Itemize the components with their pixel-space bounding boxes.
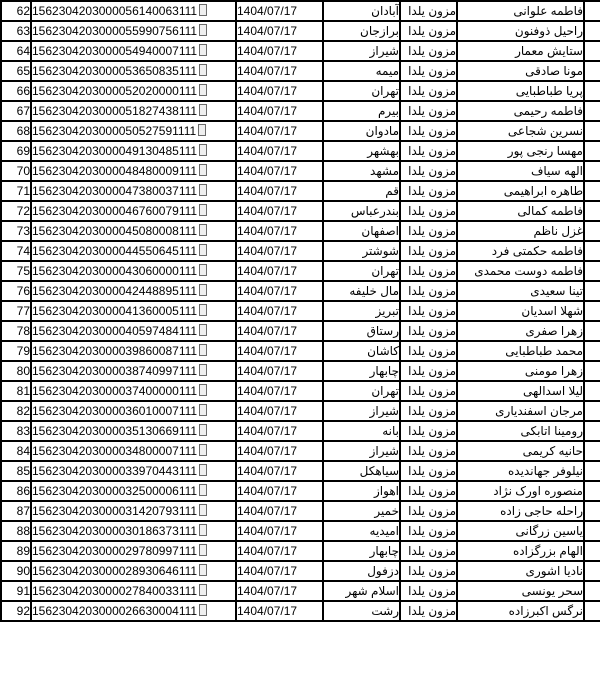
vendor-cell: مزون یلدا xyxy=(400,281,457,301)
tracking-code-cell: 1562304203000053650835111 xyxy=(31,61,236,81)
date-cell: 1404/07/17 xyxy=(236,521,323,541)
tracking-code-cell: 1562304203000048480009111 xyxy=(31,161,236,181)
vendor-value: مزون یلدا xyxy=(408,384,456,398)
table-row: 86 1562304203000032500006111 1404/07/17 … xyxy=(1,481,600,501)
row-index-cell: 92 xyxy=(1,601,31,621)
row-index: 73 xyxy=(17,224,30,238)
date-value: 1404/07/17 xyxy=(237,544,297,558)
customer-name: الهه سیاف xyxy=(531,164,583,178)
report-table-view: 62 1562304203000056140063111 1404/07/17 … xyxy=(0,0,600,689)
date-cell: 1404/07/17 xyxy=(236,361,323,381)
table-row: 88 1562304203000030186373111 1404/07/17 … xyxy=(1,521,600,541)
missing-glyph-box xyxy=(199,204,207,216)
row-index: 92 xyxy=(17,604,30,618)
row-index: 75 xyxy=(17,264,30,278)
customer-name: فاطمه علوانی xyxy=(513,4,583,18)
row-index-cell: 68 xyxy=(1,121,31,141)
row-index: 70 xyxy=(17,164,30,178)
missing-glyph-box xyxy=(199,44,207,56)
missing-glyph-box xyxy=(199,84,207,96)
date-cell: 1404/07/17 xyxy=(236,41,323,61)
empty-cell xyxy=(584,1,600,21)
city-cell: بیرم xyxy=(323,101,400,121)
vendor-value: مزون یلدا xyxy=(408,424,456,438)
row-index-cell: 73 xyxy=(1,221,31,241)
customer-name-cell: الهه سیاف xyxy=(457,161,584,181)
table-row: 92 1562304203000026630004111 1404/07/17 … xyxy=(1,601,600,621)
vendor-value: مزون یلدا xyxy=(408,44,456,58)
date-cell: 1404/07/17 xyxy=(236,401,323,421)
date-value: 1404/07/17 xyxy=(237,444,297,458)
city-value: شیراز xyxy=(370,404,399,418)
tracking-code-cell: 1562304203000049130485111 xyxy=(31,141,236,161)
customer-name: پریا طباطبایی xyxy=(516,84,583,98)
missing-glyph-box xyxy=(199,384,207,396)
customer-name: شهلا اسدیان xyxy=(521,304,583,318)
empty-cell xyxy=(584,361,600,381)
row-index-cell: 85 xyxy=(1,461,31,481)
tracking-code: 1562304203000041360005111 xyxy=(32,304,197,318)
row-index: 78 xyxy=(17,324,30,338)
customer-name: نرگس اکبرزاده xyxy=(509,604,583,618)
customer-name: نسرین شجاعی xyxy=(508,124,583,138)
table-row: 74 1562304203000044550645111 1404/07/17 … xyxy=(1,241,600,261)
city-cell: رشت xyxy=(323,601,400,621)
row-index: 90 xyxy=(17,564,30,578)
city-value: شوشتر xyxy=(362,244,399,258)
date-value: 1404/07/17 xyxy=(237,324,297,338)
row-index-cell: 63 xyxy=(1,21,31,41)
row-index: 79 xyxy=(17,344,30,358)
city-cell: میمه xyxy=(323,61,400,81)
date-cell: 1404/07/17 xyxy=(236,461,323,481)
customer-name-cell: تینا سعیدی xyxy=(457,281,584,301)
row-index: 64 xyxy=(17,44,30,58)
city-value: امیدیه xyxy=(370,524,399,538)
city-value: خمیر xyxy=(374,504,399,518)
city-cell: شیراز xyxy=(323,41,400,61)
empty-cell xyxy=(584,181,600,201)
date-value: 1404/07/17 xyxy=(237,404,297,418)
row-index: 67 xyxy=(17,104,30,118)
missing-glyph-box xyxy=(199,364,207,376)
tracking-code: 1562304203000056140063111 xyxy=(32,4,197,18)
missing-glyph-box xyxy=(199,444,207,456)
missing-glyph-box xyxy=(199,544,207,556)
row-index-cell: 77 xyxy=(1,301,31,321)
tracking-code: 1562304203000038740997111 xyxy=(32,364,197,378)
table-row: 79 1562304203000039860087111 1404/07/17 … xyxy=(1,341,600,361)
date-value: 1404/07/17 xyxy=(237,124,297,138)
row-index: 83 xyxy=(17,424,30,438)
row-index-cell: 89 xyxy=(1,541,31,561)
vendor-value: مزون یلدا xyxy=(408,264,456,278)
date-cell: 1404/07/17 xyxy=(236,281,323,301)
table-row: 63 1562304203000055990756111 1404/07/17 … xyxy=(1,21,600,41)
vendor-cell: مزون یلدا xyxy=(400,201,457,221)
city-value: چابهار xyxy=(370,544,399,558)
customer-name-cell: راحله حاجی زاده xyxy=(457,501,584,521)
vendor-cell: مزون یلدا xyxy=(400,341,457,361)
vendor-value: مزون یلدا xyxy=(408,444,456,458)
date-cell: 1404/07/17 xyxy=(236,301,323,321)
row-index-cell: 79 xyxy=(1,341,31,361)
customer-name-cell: مونا صادقی xyxy=(457,61,584,81)
tracking-code-cell: 1562304203000032500006111 xyxy=(31,481,236,501)
date-value: 1404/07/17 xyxy=(237,604,297,618)
vendor-cell: مزون یلدا xyxy=(400,161,457,181)
vendor-cell: مزون یلدا xyxy=(400,401,457,421)
row-index: 77 xyxy=(17,304,30,318)
vendor-value: مزون یلدا xyxy=(408,24,456,38)
missing-glyph-box xyxy=(199,504,207,516)
date-value: 1404/07/17 xyxy=(237,64,297,78)
date-cell: 1404/07/17 xyxy=(236,381,323,401)
tracking-code-cell: 1562304203000052020000111 xyxy=(31,81,236,101)
row-index-cell: 88 xyxy=(1,521,31,541)
tracking-code: 1562304203000048480009111 xyxy=(32,164,197,178)
vendor-cell: مزون یلدا xyxy=(400,101,457,121)
tracking-code: 1562304203000044550645111 xyxy=(32,244,197,258)
row-index-cell: 67 xyxy=(1,101,31,121)
row-index-cell: 84 xyxy=(1,441,31,461)
date-cell: 1404/07/17 xyxy=(236,341,323,361)
table-row: 62 1562304203000056140063111 1404/07/17 … xyxy=(1,1,600,21)
customer-name-cell: غزل ناظم xyxy=(457,221,584,241)
city-cell: تبریز xyxy=(323,301,400,321)
city-cell: تهران xyxy=(323,381,400,401)
date-cell: 1404/07/17 xyxy=(236,121,323,141)
row-index: 87 xyxy=(17,504,30,518)
table-row: 72 1562304203000046760079111 1404/07/17 … xyxy=(1,201,600,221)
vendor-cell: مزون یلدا xyxy=(400,361,457,381)
city-value: تهران xyxy=(371,264,399,278)
customer-name: محمد طباطبایی xyxy=(505,344,583,358)
tracking-code-cell: 1562304203000043060000111 xyxy=(31,261,236,281)
customer-name-cell: فاطمه دوست محمدی xyxy=(457,261,584,281)
city-cell: اصفهان xyxy=(323,221,400,241)
missing-glyph-box xyxy=(199,244,207,256)
customer-name: فاطمه حکمتی فرد xyxy=(492,244,583,258)
city-cell: خمیر xyxy=(323,501,400,521)
tracking-code: 1562304203000045080008111 xyxy=(32,224,197,238)
tracking-code: 1562304203000026630004111 xyxy=(32,604,197,618)
city-cell: اهواز xyxy=(323,481,400,501)
row-index-cell: 74 xyxy=(1,241,31,261)
table-row: 81 1562304203000037400000111 1404/07/17 … xyxy=(1,381,600,401)
date-cell: 1404/07/17 xyxy=(236,541,323,561)
vendor-value: مزون یلدا xyxy=(408,244,456,258)
vendor-cell: مزون یلدا xyxy=(400,581,457,601)
missing-glyph-box xyxy=(199,484,207,496)
city-value: آبادان xyxy=(371,4,399,18)
tracking-code: 1562304203000052020000111 xyxy=(32,84,197,98)
row-index-cell: 78 xyxy=(1,321,31,341)
tracking-code-cell: 1562304203000039860087111 xyxy=(31,341,236,361)
tracking-code: 1562304203000036010007111 xyxy=(32,404,197,418)
date-value: 1404/07/17 xyxy=(237,304,297,318)
city-cell: اسلام شهر xyxy=(323,581,400,601)
customer-name: یاسین زرگانی xyxy=(516,524,583,538)
empty-cell xyxy=(584,561,600,581)
vendor-value: مزون یلدا xyxy=(408,224,456,238)
row-index: 80 xyxy=(17,364,30,378)
empty-cell xyxy=(584,61,600,81)
empty-cell xyxy=(584,461,600,481)
customer-name-cell: زهرا مومنی xyxy=(457,361,584,381)
missing-glyph-box xyxy=(199,424,207,436)
empty-cell xyxy=(584,21,600,41)
customer-name-cell: زهرا صفری xyxy=(457,321,584,341)
vendor-cell: مزون یلدا xyxy=(400,141,457,161)
row-index: 82 xyxy=(17,404,30,418)
date-value: 1404/07/17 xyxy=(237,144,297,158)
city-cell: امیدیه xyxy=(323,521,400,541)
city-cell: رستاق xyxy=(323,321,400,341)
table-row: 70 1562304203000048480009111 1404/07/17 … xyxy=(1,161,600,181)
tracking-code-cell: 1562304203000047380037111 xyxy=(31,181,236,201)
missing-glyph-box xyxy=(199,164,207,176)
table-row: 71 1562304203000047380037111 1404/07/17 … xyxy=(1,181,600,201)
table-row: 83 1562304203000035130669111 1404/07/17 … xyxy=(1,421,600,441)
row-index: 84 xyxy=(17,444,30,458)
tracking-code-cell: 1562304203000045080008111 xyxy=(31,221,236,241)
table-row: 82 1562304203000036010007111 1404/07/17 … xyxy=(1,401,600,421)
date-value: 1404/07/17 xyxy=(237,564,297,578)
tracking-code-cell: 1562304203000035130669111 xyxy=(31,421,236,441)
row-index-cell: 81 xyxy=(1,381,31,401)
empty-cell xyxy=(584,381,600,401)
city-cell: تهران xyxy=(323,261,400,281)
missing-glyph-box xyxy=(199,324,207,336)
vendor-cell: مزون یلدا xyxy=(400,301,457,321)
row-index: 69 xyxy=(17,144,30,158)
tracking-code-cell: 1562304203000026630004111 xyxy=(31,601,236,621)
tracking-code-cell: 1562304203000038740997111 xyxy=(31,361,236,381)
missing-glyph-box xyxy=(199,524,207,536)
tracking-code: 1562304203000051827438111 xyxy=(32,104,197,118)
empty-cell xyxy=(584,101,600,121)
city-cell: دزفول xyxy=(323,561,400,581)
date-cell: 1404/07/17 xyxy=(236,441,323,461)
date-cell: 1404/07/17 xyxy=(236,61,323,81)
vendor-cell: مزون یلدا xyxy=(400,241,457,261)
date-cell: 1404/07/17 xyxy=(236,421,323,441)
vendor-cell: مزون یلدا xyxy=(400,61,457,81)
table-row: 73 1562304203000045080008111 1404/07/17 … xyxy=(1,221,600,241)
empty-cell xyxy=(584,421,600,441)
city-value: بیرم xyxy=(378,104,399,118)
tracking-code-cell: 1562304203000051827438111 xyxy=(31,101,236,121)
row-index-cell: 87 xyxy=(1,501,31,521)
vendor-value: مزون یلدا xyxy=(408,144,456,158)
row-index: 63 xyxy=(17,24,30,38)
tracking-code-cell: 1562304203000054940007111 xyxy=(31,41,236,61)
empty-cell xyxy=(584,41,600,61)
city-cell: بندرعباس xyxy=(323,201,400,221)
vendor-value: مزون یلدا xyxy=(408,404,456,418)
vendor-cell: مزون یلدا xyxy=(400,381,457,401)
customer-name: طاهره ابراهیمی xyxy=(504,184,583,198)
date-cell: 1404/07/17 xyxy=(236,481,323,501)
table-row: 75 1562304203000043060000111 1404/07/17 … xyxy=(1,261,600,281)
tracking-code-cell: 1562304203000050527591111 xyxy=(31,121,236,141)
tracking-code-cell: 1562304203000055990756111 xyxy=(31,21,236,41)
vendor-value: مزون یلدا xyxy=(408,284,456,298)
customer-name: راحله حاجی زاده xyxy=(500,504,583,518)
vendor-cell: مزون یلدا xyxy=(400,321,457,341)
date-cell: 1404/07/17 xyxy=(236,501,323,521)
customer-name: راحیل ذوفنون xyxy=(515,24,583,38)
customer-name-cell: لیلا اسدالهی xyxy=(457,381,584,401)
tracking-code-cell: 1562304203000031420793111 xyxy=(31,501,236,521)
records-table: 62 1562304203000056140063111 1404/07/17 … xyxy=(0,0,600,622)
customer-name: فاطمه کمالی xyxy=(517,204,583,218)
vendor-cell: مزون یلدا xyxy=(400,221,457,241)
tracking-code-cell: 1562304203000040597484111 xyxy=(31,321,236,341)
city-cell: کاشان xyxy=(323,341,400,361)
city-cell: مادوان xyxy=(323,121,400,141)
tracking-code-cell: 1562304203000036010007111 xyxy=(31,401,236,421)
customer-name-cell: فاطمه علوانی xyxy=(457,1,584,21)
date-value: 1404/07/17 xyxy=(237,364,297,378)
missing-glyph-box xyxy=(198,124,206,136)
table-row: 91 1562304203000027840033111 1404/07/17 … xyxy=(1,581,600,601)
tracking-code: 1562304203000029780997111 xyxy=(32,544,197,558)
row-index-cell: 62 xyxy=(1,1,31,21)
empty-cell xyxy=(584,401,600,421)
vendor-value: مزون یلدا xyxy=(408,484,456,498)
empty-cell xyxy=(584,481,600,501)
city-cell: آبادان xyxy=(323,1,400,21)
customer-name: غزل ناظم xyxy=(534,224,583,238)
tracking-code: 1562304203000040597484111 xyxy=(32,324,197,338)
missing-glyph-box xyxy=(199,64,207,76)
empty-cell xyxy=(584,221,600,241)
customer-name-cell: رومینا اتابکی xyxy=(457,421,584,441)
date-value: 1404/07/17 xyxy=(237,504,297,518)
empty-cell xyxy=(584,161,600,181)
vendor-value: مزون یلدا xyxy=(408,4,456,18)
vendor-cell: مزون یلدا xyxy=(400,561,457,581)
customer-name: رومینا اتابکی xyxy=(520,424,583,438)
date-cell: 1404/07/17 xyxy=(236,181,323,201)
customer-name: نیلوفر جهاندیده xyxy=(508,464,583,478)
date-cell: 1404/07/17 xyxy=(236,141,323,161)
empty-cell xyxy=(584,141,600,161)
row-index-cell: 75 xyxy=(1,261,31,281)
city-value: تهران xyxy=(371,384,399,398)
customer-name-cell: یاسین زرگانی xyxy=(457,521,584,541)
date-value: 1404/07/17 xyxy=(237,44,297,58)
date-value: 1404/07/17 xyxy=(237,4,297,18)
tracking-code: 1562304203000042448895111 xyxy=(32,284,197,298)
customer-name: الهام بزرگزاده xyxy=(513,544,583,558)
customer-name: منصوره اورک نژاد xyxy=(493,484,583,498)
tracking-code-cell: 1562304203000044550645111 xyxy=(31,241,236,261)
tracking-code: 1562304203000055990756111 xyxy=(32,24,197,38)
date-value: 1404/07/17 xyxy=(237,24,297,38)
customer-name: فاطمه رحیمی xyxy=(514,104,583,118)
vendor-cell: مزون یلدا xyxy=(400,521,457,541)
vendor-cell: مزون یلدا xyxy=(400,121,457,141)
date-value: 1404/07/17 xyxy=(237,524,297,538)
tracking-code-cell: 1562304203000030186373111 xyxy=(31,521,236,541)
table-row: 64 1562304203000054940007111 1404/07/17 … xyxy=(1,41,600,61)
customer-name-cell: نیلوفر جهاندیده xyxy=(457,461,584,481)
customer-name-cell: منصوره اورک نژاد xyxy=(457,481,584,501)
tracking-code-cell: 1562304203000056140063111 xyxy=(31,1,236,21)
empty-cell xyxy=(584,321,600,341)
city-value: مشهد xyxy=(370,164,399,178)
customer-name: فاطمه دوست محمدی xyxy=(474,264,583,278)
empty-cell xyxy=(584,301,600,321)
row-index: 91 xyxy=(17,584,30,598)
missing-glyph-box xyxy=(199,604,207,616)
date-value: 1404/07/17 xyxy=(237,424,297,438)
customer-name: سحر یونسی xyxy=(522,584,583,598)
vendor-value: مزون یلدا xyxy=(408,544,456,558)
missing-glyph-box xyxy=(199,4,207,16)
tracking-code: 1562304203000039860087111 xyxy=(32,344,197,358)
date-value: 1404/07/17 xyxy=(237,224,297,238)
row-index: 76 xyxy=(17,284,30,298)
tracking-code-cell: 1562304203000041360005111 xyxy=(31,301,236,321)
empty-cell xyxy=(584,441,600,461)
table-row: 78 1562304203000040597484111 1404/07/17 … xyxy=(1,321,600,341)
missing-glyph-box xyxy=(199,564,207,576)
customer-name-cell: نادیا اشوری xyxy=(457,561,584,581)
customer-name-cell: نرگس اکبرزاده xyxy=(457,601,584,621)
missing-glyph-box xyxy=(199,584,207,596)
date-value: 1404/07/17 xyxy=(237,204,297,218)
tracking-code-cell: 1562304203000033970443111 xyxy=(31,461,236,481)
empty-cell xyxy=(584,241,600,261)
missing-glyph-box xyxy=(199,144,207,156)
city-value: تبریز xyxy=(375,304,399,318)
row-index: 81 xyxy=(17,384,30,398)
customer-name-cell: طاهره ابراهیمی xyxy=(457,181,584,201)
table-row: 76 1562304203000042448895111 1404/07/17 … xyxy=(1,281,600,301)
date-value: 1404/07/17 xyxy=(237,184,297,198)
missing-glyph-box xyxy=(199,404,207,416)
date-cell: 1404/07/17 xyxy=(236,201,323,221)
date-value: 1404/07/17 xyxy=(237,244,297,258)
missing-glyph-box xyxy=(199,224,207,236)
city-value: اصفهان xyxy=(361,224,399,238)
missing-glyph-box xyxy=(199,284,207,296)
city-cell: چابهار xyxy=(323,541,400,561)
vendor-value: مزون یلدا xyxy=(408,324,456,338)
date-value: 1404/07/17 xyxy=(237,464,297,478)
date-cell: 1404/07/17 xyxy=(236,1,323,21)
vendor-cell: مزون یلدا xyxy=(400,1,457,21)
table-row: 66 1562304203000052020000111 1404/07/17 … xyxy=(1,81,600,101)
city-cell: قم xyxy=(323,181,400,201)
vendor-value: مزون یلدا xyxy=(408,604,456,618)
date-cell: 1404/07/17 xyxy=(236,101,323,121)
date-cell: 1404/07/17 xyxy=(236,81,323,101)
empty-cell xyxy=(584,201,600,221)
city-value: سیاهکل xyxy=(360,464,399,478)
customer-name: مرجان اسفندیاری xyxy=(495,404,583,418)
vendor-cell: مزون یلدا xyxy=(400,441,457,461)
date-value: 1404/07/17 xyxy=(237,484,297,498)
city-value: قم xyxy=(385,184,399,198)
vendor-cell: مزون یلدا xyxy=(400,481,457,501)
tracking-code: 1562304203000030186373111 xyxy=(32,524,197,538)
date-value: 1404/07/17 xyxy=(237,104,297,118)
